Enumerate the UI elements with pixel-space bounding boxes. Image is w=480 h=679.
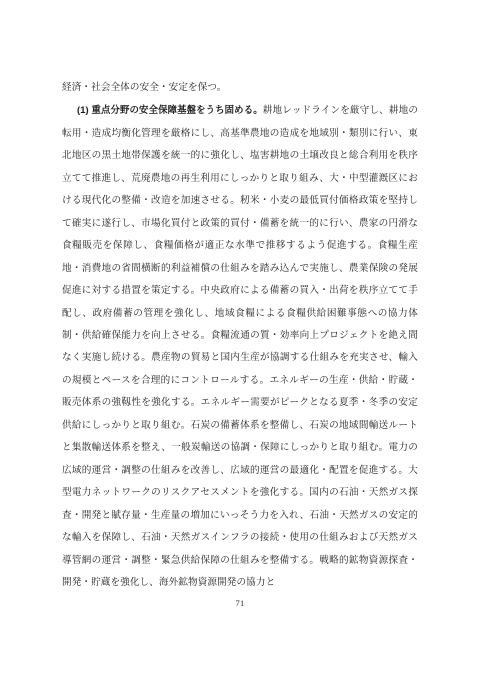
intro-paragraph: 経済・社会全体の安全・安定を保つ。 bbox=[62, 77, 418, 99]
body-text: 経済・社会全体の安全・安定を保つ。 (1) 重点分野の安全保障基盤をうち固める。… bbox=[62, 77, 418, 594]
page-number: 71 bbox=[0, 598, 480, 608]
section-body-text: 耕地レッドラインを厳守し、耕地の転用・造成均衡化管理を厳格にし、高基準農地の造成… bbox=[62, 105, 418, 588]
section-paragraph: (1) 重点分野の安全保障基盤をうち固める。耕地レッドラインを厳守し、耕地の転用… bbox=[62, 99, 418, 594]
document-page: 経済・社会全体の安全・安定を保つ。 (1) 重点分野の安全保障基盤をうち固める。… bbox=[0, 0, 480, 679]
section-heading: (1) 重点分野の安全保障基盤をうち固める。 bbox=[77, 104, 263, 115]
